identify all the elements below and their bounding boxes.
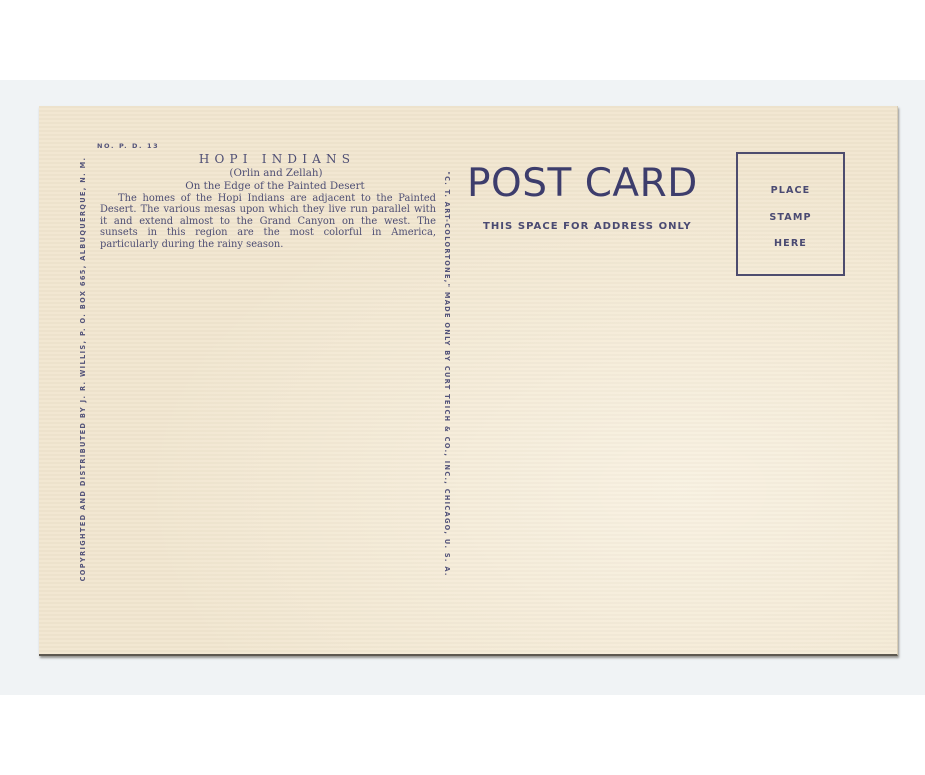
stamp-box-line-1: PLACE xyxy=(771,178,811,205)
stamp-box-line-3: HERE xyxy=(774,231,807,258)
stamp-box-line-2: STAMP xyxy=(769,205,811,232)
address-note: THIS SPACE FOR ADDRESS ONLY xyxy=(483,221,692,232)
card-number: NO. P. D. 13 xyxy=(97,142,439,150)
caption-body: The homes of the Hopi Indians are adjace… xyxy=(100,193,436,250)
caption-subtitle: (Orlin and Zellah) xyxy=(97,167,439,179)
printer-credit-divider: "C. T. ART-COLORTONE," MADE ONLY BY CURT… xyxy=(440,139,454,609)
publisher-credit-text: COPYRIGHTED AND DISTRIBUTED BY J. R. WIL… xyxy=(79,156,87,581)
caption-location: On the Edge of the Painted Desert xyxy=(97,180,439,192)
printer-credit-text: "C. T. ART-COLORTONE," MADE ONLY BY CURT… xyxy=(443,171,451,576)
publisher-credit: COPYRIGHTED AND DISTRIBUTED BY J. R. WIL… xyxy=(76,131,90,606)
postcard: COPYRIGHTED AND DISTRIBUTED BY J. R. WIL… xyxy=(39,106,898,656)
caption-block: NO. P. D. 13 HOPI INDIANS (Orlin and Zel… xyxy=(97,142,439,250)
post-card-heading: POST CARD xyxy=(467,162,698,206)
caption-title: HOPI INDIANS xyxy=(97,152,439,166)
stamp-box: PLACE STAMP HERE xyxy=(736,152,845,276)
